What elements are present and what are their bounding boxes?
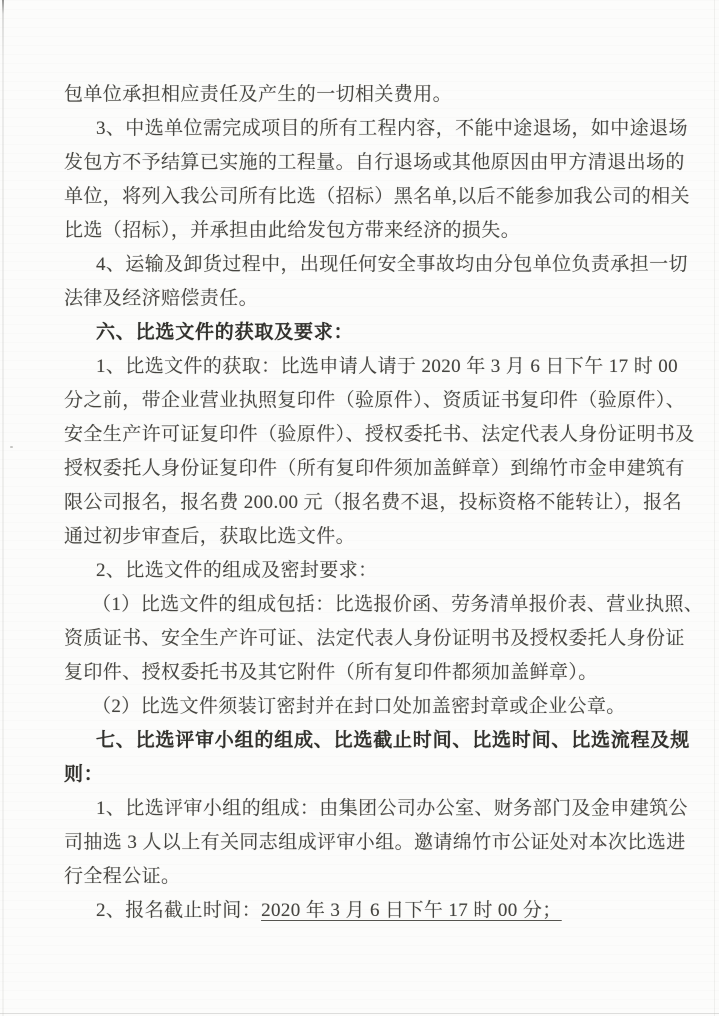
section-6-item-1-line-6: 通过初步审查后，获取比选文件。 (64, 520, 696, 554)
deadline-line: 2、报名截止时间：2020 年 3 月 6 日下午 17 时 00 分； (64, 894, 696, 928)
scan-edge-right (714, 0, 715, 1016)
heading-section-6: 六、比选文件的获取及要求： (64, 316, 696, 350)
scan-edge-bottom (0, 1013, 719, 1014)
clause-4-line-2: 法律及经济赔偿责任。 (64, 282, 696, 316)
clause-3-line-1: 3、中选单位需完成项目的所有工程内容，不能中途退场，如中途退场 (64, 112, 696, 146)
section-6-item-2-sub-2: （2）比选文件须装订密封并在封口处加盖密封章或企业公章。 (64, 690, 696, 724)
deadline-label: 2、报名截止时间： (96, 900, 261, 921)
clause-3-line-3: 单位，将列入我公司所有比选（招标）黑名单,以后不能参加我公司的相关 (64, 180, 696, 214)
deadline-date-underlined: 2020 年 3 月 6 日下午 17 时 00 分； (261, 900, 562, 921)
clause-continuation-line: 包单位承担相应责任及产生的一切相关费用。 (64, 78, 696, 112)
section-6-item-1-line-3: 安全生产许可证复印件（验原件）、授权委托书、法定代表人身份证明书及 (64, 418, 696, 452)
scan-edge-left (2, 0, 4, 1016)
clause-3-line-4: 比选（招标），并承担由此给发包方带来经济的损失。 (64, 214, 696, 248)
section-6-item-2-sub-1-line-3: 复印件、授权委托书及其它附件（所有复印件都须加盖鲜章）。 (64, 656, 696, 690)
section-7-item-1-line-3: 行全程公证。 (64, 860, 696, 894)
section-6-item-1-line-4: 授权委托人身份证复印件（所有复印件须加盖鲜章）到绵竹市金申建筑有 (64, 452, 696, 486)
clause-3-line-2: 发包方不予结算已实施的工程量。自行退场或其他原因由甲方清退出场的 (64, 146, 696, 180)
section-7-item-1-line-1: 1、比选评审小组的组成：由集团公司办公室、财务部门及金申建筑公 (64, 792, 696, 826)
heading-section-7-line-2: 则： (64, 758, 696, 792)
section-6-item-1-line-2: 分之前，带企业营业执照复印件（验原件）、资质证书复印件（验原件）、 (64, 384, 696, 418)
document-body: 包单位承担相应责任及产生的一切相关费用。 3、中选单位需完成项目的所有工程内容，… (64, 78, 696, 928)
heading-section-7-line-1: 七、比选评审小组的组成、比选截止时间、比选时间、比选流程及规 (64, 724, 696, 758)
scanned-document-page: 包单位承担相应责任及产生的一切相关费用。 3、中选单位需完成项目的所有工程内容，… (0, 0, 719, 1016)
section-7-item-1-line-2: 司抽选 3 人以上有关同志组成评审小组。邀请绵竹市公证处对本次比选进 (64, 826, 696, 860)
section-6-item-2-sub-1-line-2: 资质证书、安全生产许可证、法定代表人身份证明书及授权委托人身份证 (64, 622, 696, 656)
scan-speck (10, 446, 13, 448)
clause-4-line-1: 4、运输及卸货过程中，出现任何安全事故均由分包单位负责承担一切 (64, 248, 696, 282)
section-6-item-2-heading: 2、比选文件的组成及密封要求： (64, 554, 696, 588)
section-6-item-1-line-1: 1、比选文件的获取：比选申请人请于 2020 年 3 月 6 日下午 17 时 … (64, 350, 696, 384)
section-6-item-2-sub-1-line-1: （1）比选文件的组成包括：比选报价函、劳务清单报价表、营业执照、 (64, 588, 696, 622)
section-6-item-1-line-5: 限公司报名，报名费 200.00 元（报名费不退，投标资格不能转让），报名 (64, 486, 696, 520)
